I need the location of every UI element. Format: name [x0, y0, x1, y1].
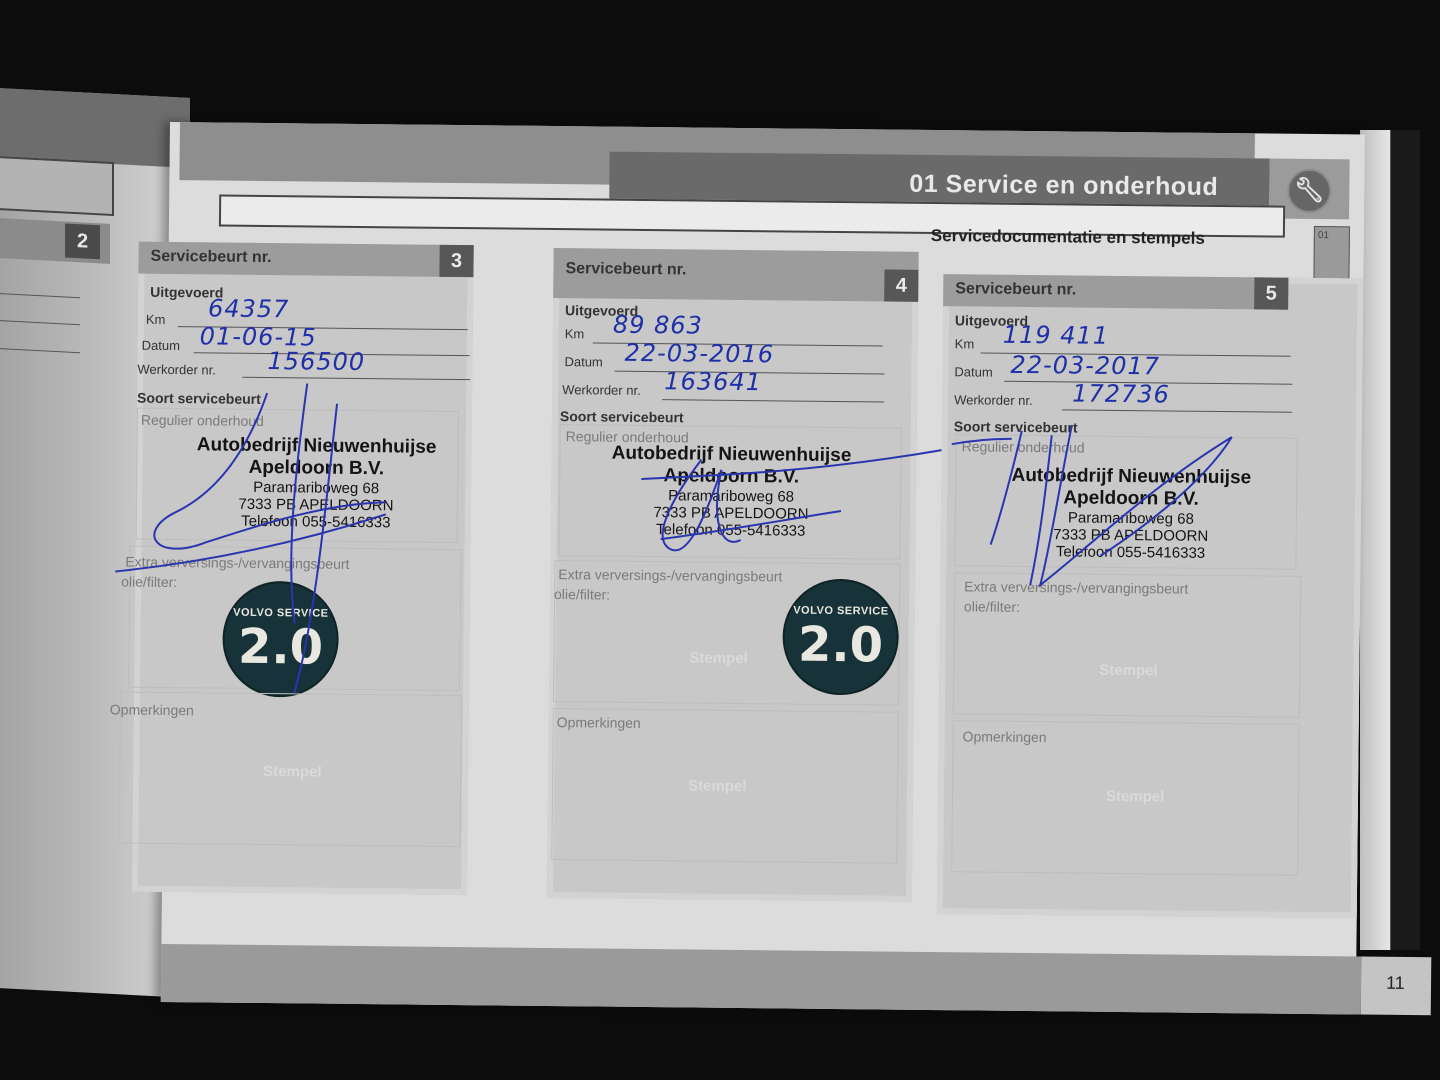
previous-page-header	[0, 86, 190, 168]
form-line	[0, 291, 80, 298]
service-type-label: Soort servicebeurt	[560, 408, 684, 425]
km-value: 119 411	[1003, 321, 1110, 350]
stamp-placeholder: Stempel	[688, 777, 747, 795]
date-value: 22-03-2016	[624, 339, 774, 369]
card-header: Servicebeurt nr. 4	[553, 248, 919, 302]
form-line	[0, 346, 80, 353]
previous-card-number: 2	[65, 223, 100, 259]
previous-page-subtitle-box	[0, 153, 114, 216]
service-card: Servicebeurt nr. 3 Uitgevoerd Km 64357 D…	[132, 242, 474, 895]
work-order-label: Werkorder nr.	[954, 392, 1033, 408]
km-label: Km	[146, 312, 166, 327]
date-label: Datum	[142, 338, 180, 353]
regular-service-label: Regulier onderhoud	[962, 438, 1085, 455]
work-order-line	[1062, 409, 1292, 412]
form-line	[0, 318, 80, 325]
dealer-name: Autobedrijf Nieuwenhuijse	[157, 434, 477, 459]
card-header: Servicebeurt nr. 3	[138, 242, 473, 278]
service-type-label: Soort servicebeurt	[954, 418, 1078, 435]
card-header-label: Servicebeurt nr.	[955, 280, 1076, 299]
km-value: 89 863	[613, 311, 703, 340]
extra-service-label: Extra verversings-/vervangingsbeurt	[125, 554, 349, 572]
volvo-service-badge: VOLVO SERVICE 2.0	[784, 580, 897, 693]
remarks-label: Opmerkingen	[557, 714, 641, 731]
card-number: 5	[1254, 277, 1288, 309]
work-order-label: Werkorder nr.	[137, 362, 216, 378]
date-value: 22-03-2017	[1010, 351, 1160, 381]
badge-version: 2.0	[224, 619, 337, 676]
regular-service-label: Regulier onderhoud	[141, 412, 264, 429]
dealer-phone: Telefoon 055-5416333	[571, 520, 891, 541]
page-edge	[1360, 130, 1420, 950]
page-subtitle: Servicedocumentatie en stempels	[931, 226, 1205, 249]
extra-service-label: Extra verversings-/vervangingsbeurt	[964, 578, 1188, 596]
dealer-stamp: Autobedrijf Nieuwenhuijse Apeldoorn B.V.…	[960, 464, 1301, 563]
km-label: Km	[955, 336, 975, 351]
km-value: 64357	[208, 294, 290, 323]
work-order-value: 163641	[664, 367, 762, 396]
extra-service-label-2: olie/filter:	[554, 586, 610, 603]
wrench-icon: 🔧︎	[1287, 169, 1331, 213]
badge-version: 2.0	[784, 616, 897, 673]
dealer-name: Autobedrijf Nieuwenhuijse	[571, 442, 891, 467]
remarks-label: Opmerkingen	[963, 728, 1047, 745]
card-header-label: Servicebeurt nr.	[565, 260, 686, 279]
extra-service-label: Extra verversings-/vervangingsbeurt	[558, 566, 782, 584]
dealer-phone: Telefoon 055-5416333	[960, 542, 1300, 563]
dealer-stamp: Autobedrijf Nieuwenhuijse Apeldoorn B.V.…	[156, 434, 477, 533]
work-order-value: 172736	[1072, 379, 1170, 408]
date-label: Datum	[954, 364, 992, 379]
stamp-placeholder: Stempel	[1106, 788, 1165, 806]
work-order-label: Werkorder nr.	[562, 382, 641, 398]
volvo-service-badge: VOLVO SERVICE 2.0	[224, 583, 337, 696]
stamp-placeholder: Stempel	[689, 649, 748, 667]
stamp-placeholder: Stempel	[1099, 662, 1158, 680]
page-number: 11	[1386, 973, 1405, 994]
date-label: Datum	[564, 354, 602, 369]
km-label: Km	[565, 326, 585, 341]
dealer-phone: Telefoon 055-5416333	[156, 512, 476, 533]
work-order-line	[662, 399, 884, 402]
dealer-stamp: Autobedrijf Nieuwenhuijse Apeldoorn B.V.…	[571, 442, 892, 541]
service-card: Servicebeurt nr. 5 Uitgevoerd Km 119 411…	[937, 274, 1364, 918]
service-page: 01 Service en onderhoud 🔧︎ Servicedocume…	[161, 122, 1365, 1014]
service-card: Servicebeurt nr. 4 Uitgevoerd Km 89 863 …	[547, 248, 919, 902]
card-number: 4	[884, 269, 918, 301]
card-number: 3	[439, 245, 473, 277]
work-order-value: 156500	[267, 347, 365, 376]
card-header-label: Servicebeurt nr.	[150, 248, 271, 267]
stamp-placeholder: Stempel	[263, 763, 322, 781]
extra-service-label-2: olie/filter:	[964, 598, 1020, 615]
section-title: 01 Service en onderhoud	[909, 170, 1218, 202]
extra-service-label-2: olie/filter:	[121, 574, 177, 591]
card-header: Servicebeurt nr. 5	[943, 274, 1288, 310]
work-order-line	[242, 377, 470, 380]
dealer-name: Autobedrijf Nieuwenhuijse	[961, 464, 1301, 489]
page-footer	[161, 944, 1362, 1015]
service-type-label: Soort servicebeurt	[137, 390, 261, 407]
remarks-label: Opmerkingen	[110, 701, 194, 718]
